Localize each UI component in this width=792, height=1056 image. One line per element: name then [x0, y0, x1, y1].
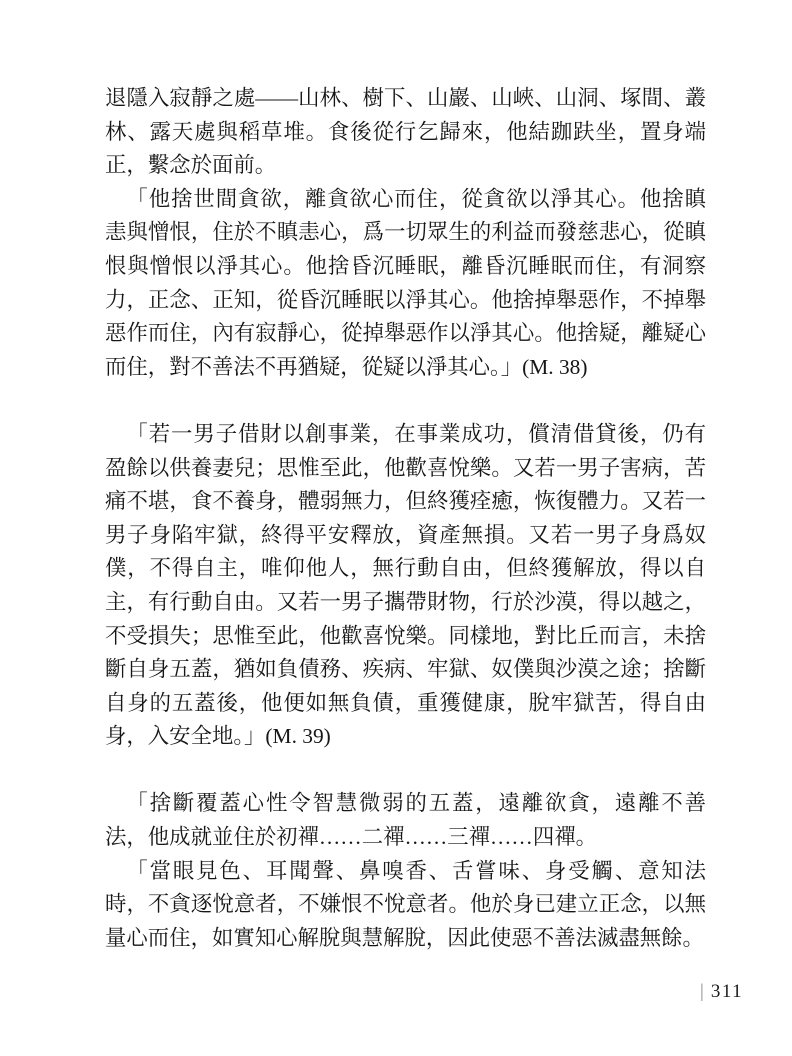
text-line: 盈餘以供養妻兒；思惟至此，他歡喜悅樂。又若一男子害病，苦	[105, 452, 706, 486]
text-line: 正，繫念於面前。	[105, 149, 706, 183]
text-line: 「若一男子借財以創事業，在事業成功，償清借貸後，仍有	[105, 418, 706, 452]
text-line: 恨與憎恨以淨其心。他捨昏沉睡眠，離昏沉睡眠而住，有洞察	[105, 250, 706, 284]
text-line: 惡作而住，內有寂靜心，從掉舉惡作以淨其心。他捨疑，離疑心	[105, 317, 706, 351]
text-line: 量心而住，如實知心解脫與慧解脫，因此使惡不善法滅盡無餘。	[105, 922, 706, 956]
text-line: 林、露天處與稻草堆。食後從行乞歸來，他結跏趺坐，置身端	[105, 116, 706, 150]
text-line: 斷自身五蓋，猶如負債務、疾病、牢獄、奴僕與沙漠之途；捨斷	[105, 653, 706, 687]
text-line: 恚與憎恨，住於不瞋恚心，爲一切眾生的利益而發慈悲心，從瞋	[105, 216, 706, 250]
paragraph: 「他捨世間貪欲，離貪欲心而住，從貪欲以淨其心。他捨瞋恚與憎恨，住於不瞋恚心，爲一…	[105, 183, 706, 385]
book-page: 退隱入寂靜之處——山林、樹下、山巖、山峽、山洞、塚間、叢林、露天處與稻草堆。食後…	[0, 0, 792, 1056]
text-line: 「當眼見色、耳聞聲、鼻嗅香、舌嘗味、身受觸、意知法	[105, 855, 706, 889]
text-line: 而住，對不善法不再猶疑，從疑以淨其心。」(M. 38)	[105, 351, 706, 385]
page-number: |311	[700, 980, 743, 1004]
text-line: 法，他成就並住於初禪……二禪……三禪……四禪。	[105, 821, 706, 855]
paragraph: 「當眼見色、耳聞聲、鼻嗅香、舌嘗味、身受觸、意知法時，不貪逐悅意者，不嫌恨不悅意…	[105, 855, 706, 956]
paragraph: 退隱入寂靜之處——山林、樹下、山巖、山峽、山洞、塚間、叢林、露天處與稻草堆。食後…	[105, 82, 706, 183]
text-line: 男子身陷牢獄，終得平安釋放，資產無損。又若一男子身爲奴	[105, 519, 706, 553]
folio-divider: |	[700, 981, 704, 1002]
paragraph: 「若一男子借財以創事業，在事業成功，償清借貸後，仍有盈餘以供養妻兒；思惟至此，他…	[105, 418, 706, 754]
text-line: 主，有行動自由。又若一男子攜帶財物，行於沙漠，得以越之，	[105, 586, 706, 620]
text-line: 「他捨世間貪欲，離貪欲心而住，從貪欲以淨其心。他捨瞋	[105, 183, 706, 217]
folio-number: 311	[711, 981, 743, 1002]
text-line: 僕，不得自主，唯仰他人，無行動自由，但終獲解放，得以自	[105, 552, 706, 586]
text-line: 不受損失；思惟至此，他歡喜悅樂。同樣地，對比丘而言，未捨	[105, 620, 706, 654]
text-line: 身，入安全地。」(M. 39)	[105, 720, 706, 754]
paragraph: 「捨斷覆蓋心性令智慧微弱的五蓋，遠離欲貪，遠離不善法，他成就並住於初禪……二禪……	[105, 787, 706, 854]
text-line: 時，不貪逐悅意者，不嫌恨不悅意者。他於身已建立正念，以無	[105, 888, 706, 922]
body-text: 退隱入寂靜之處——山林、樹下、山巖、山峽、山洞、塚間、叢林、露天處與稻草堆。食後…	[105, 82, 706, 955]
text-line: 退隱入寂靜之處——山林、樹下、山巖、山峽、山洞、塚間、叢	[105, 82, 706, 116]
text-line: 自身的五蓋後，他便如無負債，重獲健康，脫牢獄苦，得自由	[105, 687, 706, 721]
text-line: 痛不堪，食不養身，體弱無力，但終獲痊癒，恢復體力。又若一	[105, 485, 706, 519]
text-line: 「捨斷覆蓋心性令智慧微弱的五蓋，遠離欲貪，遠離不善	[105, 787, 706, 821]
text-line: 力，正念、正知，從昏沉睡眠以淨其心。他捨掉舉惡作，不掉舉	[105, 284, 706, 318]
